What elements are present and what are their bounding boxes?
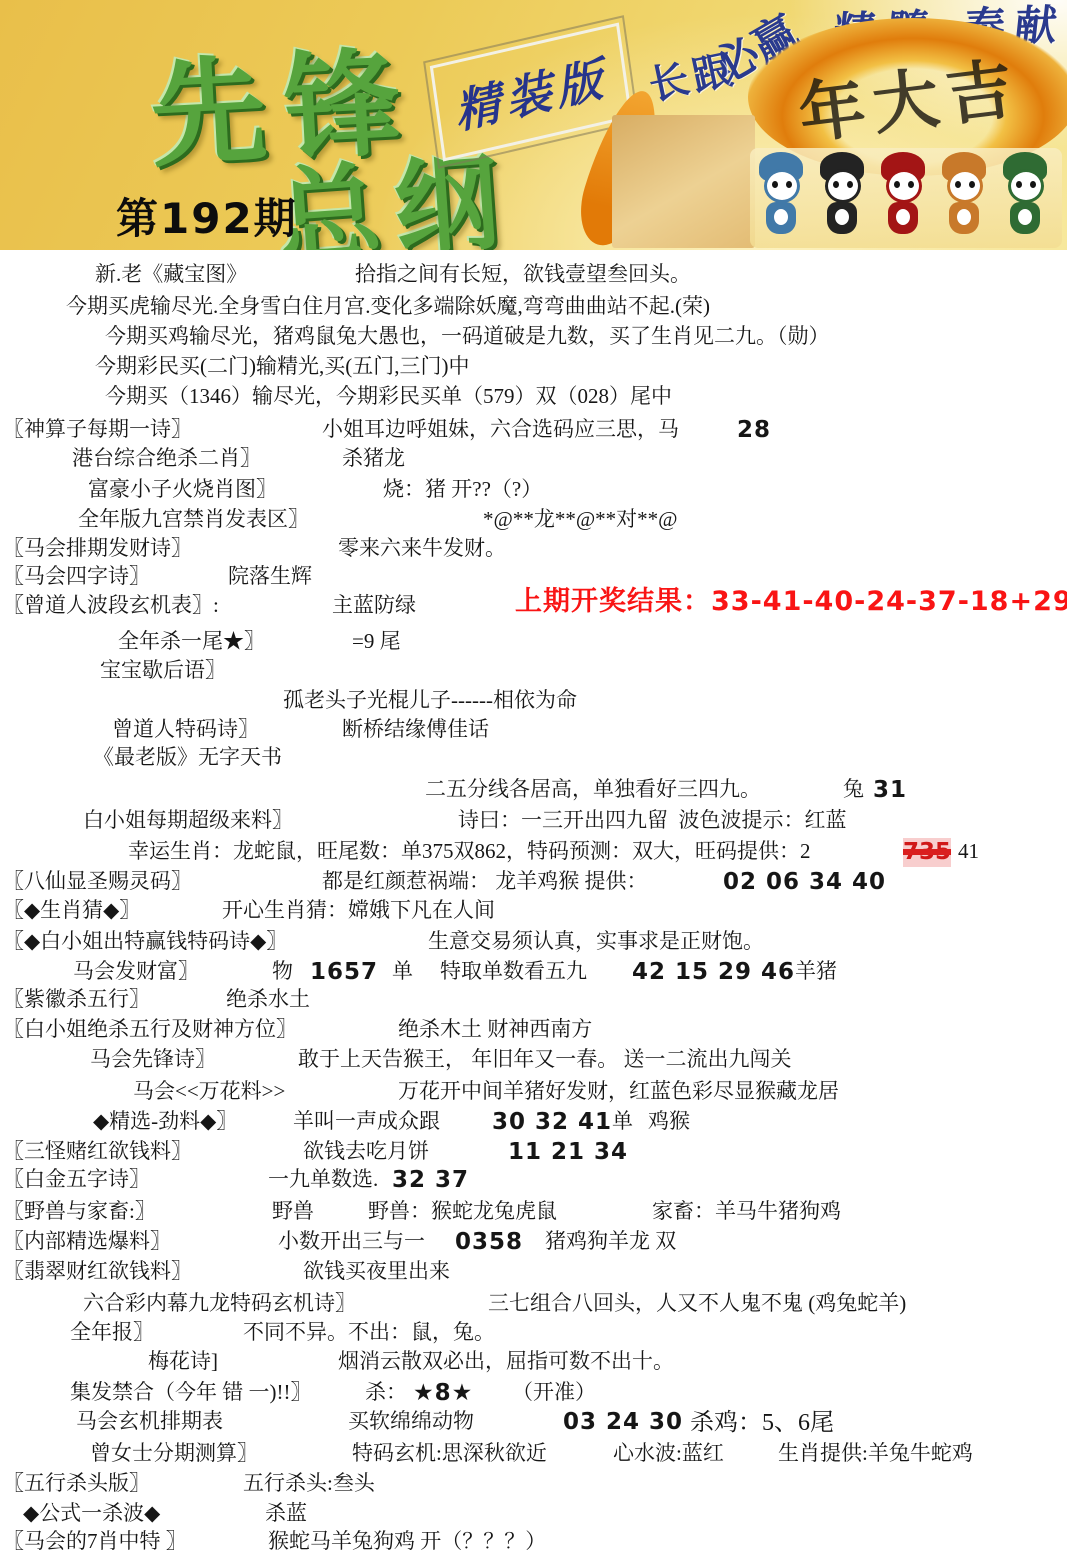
doc-text: 心水波:蓝红 [613, 1440, 724, 1466]
doc-text: 烟消云散双必出，屈指可数不出十。 [338, 1348, 674, 1374]
doc-text: 马会发财富〗 [73, 958, 199, 984]
doc-text: 杀蓝 [265, 1500, 307, 1526]
tip-sheet-page: 先锋 总纲 精装版 长跟 必赢 精髓 奉献 年大吉 第192期 新.老《藏宝图》… [0, 0, 1067, 1560]
doc-text: 30 32 41 [492, 1108, 612, 1137]
doc-text: 万花开中间羊猪好发财，红蓝色彩尽显猴藏龙居 [398, 1078, 839, 1104]
doc-text: 《最老版》无字天书 [93, 744, 282, 770]
doc-text: 羊叫一声成众跟 [293, 1108, 440, 1134]
doc-text: 兔 [843, 776, 864, 802]
doc-text: 〖白金五字诗〗 [3, 1166, 150, 1192]
doc-text: 宝宝歇后语〗 [100, 657, 226, 683]
doc-text: 猴蛇马羊兔狗鸡 开（？？？） [268, 1528, 546, 1554]
doc-text: 单 [612, 1108, 633, 1134]
doc-text: 〖曾道人波段玄机表〗: [3, 592, 219, 618]
doc-text: 梅花诗] [148, 1348, 218, 1374]
doc-text: 〖内部精选爆料〗 [3, 1228, 171, 1254]
doc-text: 32 37 [392, 1166, 469, 1195]
doc-text: 〖马会四字诗〗 [3, 563, 150, 589]
doc-text: 〖◆生肖猜◆〗 [3, 897, 140, 923]
doc-text: 〖翡翠财红欲钱料〗 [3, 1258, 192, 1284]
doc-text: 六合彩内幕九龙特码玄机诗〗 [83, 1290, 356, 1316]
doc-text: 白小姐每期超级来料〗 [83, 807, 293, 833]
doc-text: 猪鸡狗羊龙 双 [545, 1228, 676, 1254]
doc-text: 断桥结缘傅佳话 [342, 716, 489, 742]
doc-text: 〖五行杀头版〗 [3, 1470, 150, 1496]
doc-text: （开准） [512, 1379, 596, 1405]
doc-text: 全年报〗 [70, 1319, 154, 1345]
doc-text: 拾指之间有长短，欲钱壹望叁回头。 [355, 261, 691, 287]
doc-text: 今期买虎输尽光.全身雪白住月宫.变化多端除妖魔,弯弯曲曲站不起.(荣) [66, 293, 710, 319]
doc-text: 42 15 29 46 [632, 958, 795, 987]
doc-text: 28 [737, 416, 771, 445]
doc-text: 野兽 [272, 1198, 314, 1224]
doc-text: 零来六来牛发财。 [338, 535, 506, 561]
doc-text: 735 [903, 838, 951, 867]
doc-text: 全年杀一尾★〗 [118, 628, 265, 654]
doc-text: 开心生肖猜：嫦娥下凡在人间 [222, 897, 495, 923]
doc-text: 三七组合八回头，人又不人鬼不鬼 (鸡兔蛇羊) [488, 1290, 906, 1316]
doc-text: 绝杀水土 [226, 986, 310, 1012]
doc-text: 〖紫徽杀五行〗 [3, 986, 150, 1012]
doc-text: 小姐耳边呼姐妹，六合选码应三思，马 [322, 416, 679, 442]
doc-text: 买软绵绵动物 [348, 1408, 474, 1434]
doc-text: 〖神算子每期一诗〗 [3, 416, 192, 442]
doc-text: *@**龙**@**对**@ [483, 506, 678, 532]
doc-text: 烧：猪 开??（?） [383, 476, 542, 502]
doc-text: 羊猪 [795, 958, 837, 984]
doc-text: 马会先锋诗〗 [90, 1046, 216, 1072]
doc-text: 小数开出三与一 [278, 1228, 425, 1254]
doc-text: 〖野兽与家畜:〗 [3, 1198, 156, 1224]
doc-text: 单 [392, 958, 413, 984]
doc-text: 杀猪龙 [342, 445, 405, 471]
doc-text: 港台综合绝杀二肖〗 [72, 445, 261, 471]
doc-text: 诗曰：一三开出四九留 波色波提示：红蓝 [458, 807, 847, 833]
doc-text: 敢于上天告猴王， 年旧年又一春。 送一二流出九闯关 [298, 1046, 792, 1072]
doc-text: ◆精选-劲料◆〗 [93, 1108, 237, 1134]
doc-text: 欲钱去吃月饼 [303, 1138, 429, 1164]
document-body: 新.老《藏宝图》拾指之间有长短，欲钱壹望叁回头。今期买虎输尽光.全身雪白住月宫.… [0, 0, 1067, 1560]
doc-text: 全年版九宫禁肖发表区〗 [78, 506, 309, 532]
doc-text: 野兽：猴蛇龙兔虎鼠 [368, 1198, 557, 1224]
doc-text: 二五分线各居高，单独看好三四九。 [425, 776, 761, 802]
doc-text: 物 [272, 958, 293, 984]
doc-text: 一九单数选. [268, 1166, 378, 1192]
doc-text: ◆公式一杀波◆ [23, 1500, 160, 1526]
doc-text: 〖马会排期发财诗〗 [3, 535, 192, 561]
doc-text: 欲钱买夜里出来 [303, 1258, 450, 1284]
doc-text: 马会玄机排期表 [76, 1408, 223, 1434]
doc-text: 〖三怪赌红欲钱料〗 [3, 1138, 192, 1164]
doc-text: 不同不异。不出：鼠，兔。 [243, 1319, 495, 1345]
doc-text: 幸运生肖：龙蛇鼠，旺尾数：单375双862，特码预测：双大，旺码提供：2 [128, 838, 811, 864]
doc-text: 11 21 34 [508, 1138, 628, 1167]
doc-text: 〖白小姐绝杀五行及财神方位〗 [3, 1016, 297, 1042]
doc-text: 曾女士分期测算〗 [90, 1440, 258, 1466]
doc-text: 0358 [455, 1228, 523, 1257]
doc-text: 富豪小子火烧肖图〗 [88, 476, 277, 502]
doc-text: 〖马会的7肖中特 〗 [3, 1528, 187, 1554]
doc-text: 02 06 34 40 [723, 868, 886, 897]
doc-text: 马会<<万花料>> [133, 1078, 285, 1104]
doc-text: 杀鸡：5、6尾 [690, 1408, 834, 1438]
doc-text: 特取单数看五九 [440, 958, 587, 984]
doc-text: 鸡猴 [648, 1108, 690, 1134]
doc-text: 〖八仙显圣赐灵码〗 [3, 868, 192, 894]
doc-text: 集发禁合（今年 错 一)!!〗 [70, 1379, 311, 1405]
doc-text: 〖◆白小姐出特赢钱特码诗◆〗 [3, 928, 287, 954]
doc-text: 院落生辉 [228, 563, 312, 589]
doc-text: 1657 [310, 958, 378, 987]
doc-text: 绝杀木土 财神西南方 [398, 1016, 592, 1042]
doc-text: 特码玄机:思深秋欲近 [352, 1440, 547, 1466]
doc-text: 31 [873, 776, 907, 805]
doc-text: 主蓝防绿 [332, 592, 416, 618]
doc-text: 杀： [365, 1379, 407, 1405]
previous-draw-result: 上期开奖结果：33-41-40-24-37-18+29 [515, 579, 1067, 618]
doc-text: 今期彩民买(二门)输精光,买(五门,三门)中 [95, 353, 469, 379]
doc-text: 孤老头子光棍儿子------相依为命 [283, 687, 577, 713]
doc-text: =9 尾 [352, 628, 401, 654]
doc-text: 家畜：羊马牛猪狗鸡 [652, 1198, 841, 1224]
doc-text: 新.老《藏宝图》 [95, 261, 247, 287]
doc-text: 都是红颜惹祸端： 龙羊鸡猴 提供： [322, 868, 648, 894]
doc-text: 今期买鸡输尽光，猪鸡鼠兔大愚也，一码道破是九数，买了生肖见二九。（勋） [105, 323, 830, 349]
doc-text: 41 [958, 838, 979, 864]
doc-text: 今期买（1346）输尽光，今期彩民买单（579）双（028）尾中 [105, 383, 672, 409]
doc-text: 03 24 30 [563, 1408, 683, 1437]
doc-text: 生肖提供:羊兔牛蛇鸡 [778, 1440, 973, 1466]
doc-text: 五行杀头:叁头 [243, 1470, 375, 1496]
doc-text: ★8★ [413, 1379, 473, 1408]
doc-text: 生意交易须认真，实事求是正财饱。 [428, 928, 764, 954]
doc-text: 曾道人特码诗〗 [112, 716, 259, 742]
